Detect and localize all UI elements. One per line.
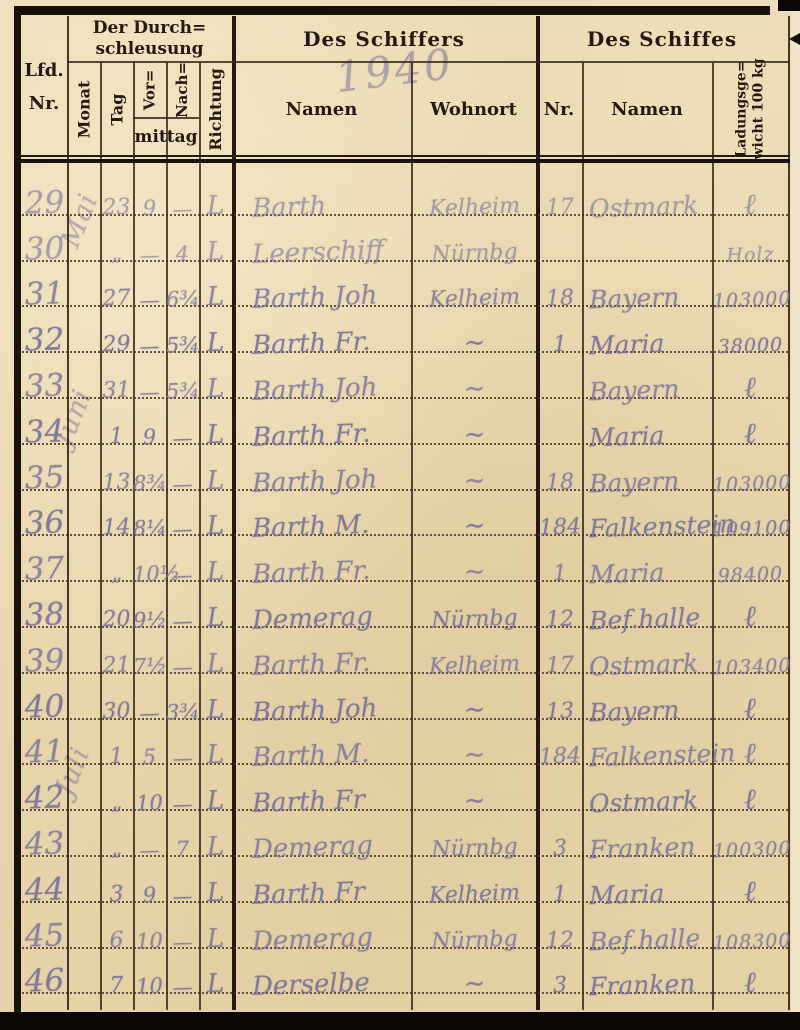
col-header-durchschleusung: Der Durch= schleusung bbox=[67, 17, 232, 61]
section-header-des-schiffes: Des Schiffes bbox=[536, 17, 788, 61]
cell-sname: Franken bbox=[583, 970, 730, 1000]
ledger-row-39: 39217½—LBarth Fr.Kelheim17Ostmark103400 bbox=[22, 626, 788, 674]
ledger-row-34: 3419—LBarth Fr.∼Mariaℓ bbox=[22, 397, 788, 445]
ledger-row-45: 45610—LDemeragNürnbg12Bef.halle108300 bbox=[22, 901, 788, 949]
grid-line bbox=[67, 61, 790, 63]
paper-edge bbox=[791, 11, 800, 1012]
ledger-row-30: 30„—4LLeerschiffNürnbgHolz bbox=[22, 214, 788, 262]
header-nach-label: Nach= bbox=[174, 61, 192, 117]
ledger-row-46: 46710—LDerselbe∼3Frankenℓ bbox=[22, 947, 788, 995]
ledger-row-29: 29239—LBarthKelheim17Ostmarkℓ bbox=[22, 168, 788, 216]
header-tag-label: Tag bbox=[107, 93, 126, 125]
page-bottom-bar bbox=[0, 1012, 800, 1030]
col-header-richtung: Richtung bbox=[199, 62, 232, 156]
cell-nachm: — bbox=[166, 977, 200, 998]
ledger-row-44: 4439—LBarth FrKelheim1Mariaℓ bbox=[22, 855, 788, 903]
ledger-row-36: 36148¼—LBarth M.∼184Falkenstein109100 bbox=[22, 489, 788, 537]
header-schiff-namen-label: Namen bbox=[611, 99, 683, 120]
col-header-schiff-nr: Nr. bbox=[536, 62, 582, 156]
cell-lfd: 46 bbox=[21, 966, 67, 999]
ledger-row-33: 3331—5¾LBarth Joh∼Bayernℓ bbox=[22, 351, 788, 399]
page-corner-mark bbox=[778, 0, 800, 11]
col-header-schiff-namen: Namen bbox=[582, 62, 712, 156]
header-ladung-rotated: Ladungsge= wicht 100 kg bbox=[733, 58, 767, 159]
col-header-nachmittag: Nach= bbox=[166, 62, 199, 117]
cell-richtung: L bbox=[199, 971, 233, 998]
header-schiffer-namen-label: Namen bbox=[286, 99, 358, 120]
margin-arrow-icon bbox=[789, 33, 800, 45]
schleusenregister-page: Lfd. Nr. Der Durch= schleusung Monat Tag… bbox=[0, 0, 800, 1030]
ledger-row-31: 3127—6¾LBarth JohKelheim18Bayern103000 bbox=[22, 260, 788, 308]
ledger-row-32: 3229—5¾LBarth Fr.∼1Maria38000 bbox=[22, 305, 788, 353]
cell-vorm: 10 bbox=[133, 976, 167, 998]
grid-line bbox=[788, 16, 790, 1010]
cell-ladung: ℓ bbox=[713, 967, 789, 999]
cell-tag: 7 bbox=[100, 975, 134, 998]
ledger-row-42: 42„10—LBarth Fr∼Ostmarkℓ bbox=[22, 763, 788, 811]
col-header-lfd-nr: Lfd. Nr. bbox=[21, 34, 67, 140]
header-durch-line2: schleusung bbox=[95, 39, 203, 60]
ledger-row-40: 4030—3¾LBarth Joh∼13Bayernℓ bbox=[22, 672, 788, 720]
header-wohnort-label: Wohnort bbox=[430, 99, 517, 120]
header-durch-line1: Der Durch= bbox=[93, 18, 206, 39]
ledger-row-35: 35138¾—LBarth Joh∼18Bayern103000 bbox=[22, 443, 788, 491]
cell-schiffer: Derselbe bbox=[244, 968, 423, 1000]
cell-wohnort: ∼ bbox=[413, 969, 537, 999]
table-border-top bbox=[14, 6, 770, 15]
header-lfd-line1: Lfd. bbox=[24, 60, 63, 81]
col-header-tag: Tag bbox=[100, 62, 133, 156]
header-schiff-nr-label: Nr. bbox=[544, 99, 575, 120]
header-vor-label: Vor= bbox=[141, 69, 159, 110]
ledger-row-43: 43„—7LDemeragNürnbg3Franken100300 bbox=[22, 809, 788, 857]
grid-line bbox=[133, 117, 199, 119]
header-lfd-line2: Nr. bbox=[29, 93, 60, 114]
col-header-vormittag: Vor= bbox=[133, 62, 166, 117]
header-schiffes-label: Des Schiffes bbox=[587, 27, 737, 51]
header-monat-label: Monat bbox=[74, 80, 93, 138]
header-ladung-line2: wicht 100 kg bbox=[750, 58, 767, 159]
ledger-row-38: 38209½—LDemeragNürnbg12Bef.halleℓ bbox=[22, 580, 788, 628]
cell-snr: 3 bbox=[538, 975, 583, 999]
ledger-row-41: 4115—LBarth M.∼184Falkensteinℓ bbox=[22, 718, 788, 766]
col-header-ladungsgewicht: Ladungsge= wicht 100 kg bbox=[712, 62, 788, 156]
col-header-monat: Monat bbox=[67, 62, 100, 156]
grid-line bbox=[14, 155, 790, 157]
ledger-row-37: 37„10½—LBarth Fr.∼1Maria98400 bbox=[22, 534, 788, 582]
header-ladung-line1: Ladungsge= bbox=[733, 58, 750, 159]
header-richtung-label: Richtung bbox=[206, 68, 225, 151]
grid-line bbox=[14, 159, 790, 163]
